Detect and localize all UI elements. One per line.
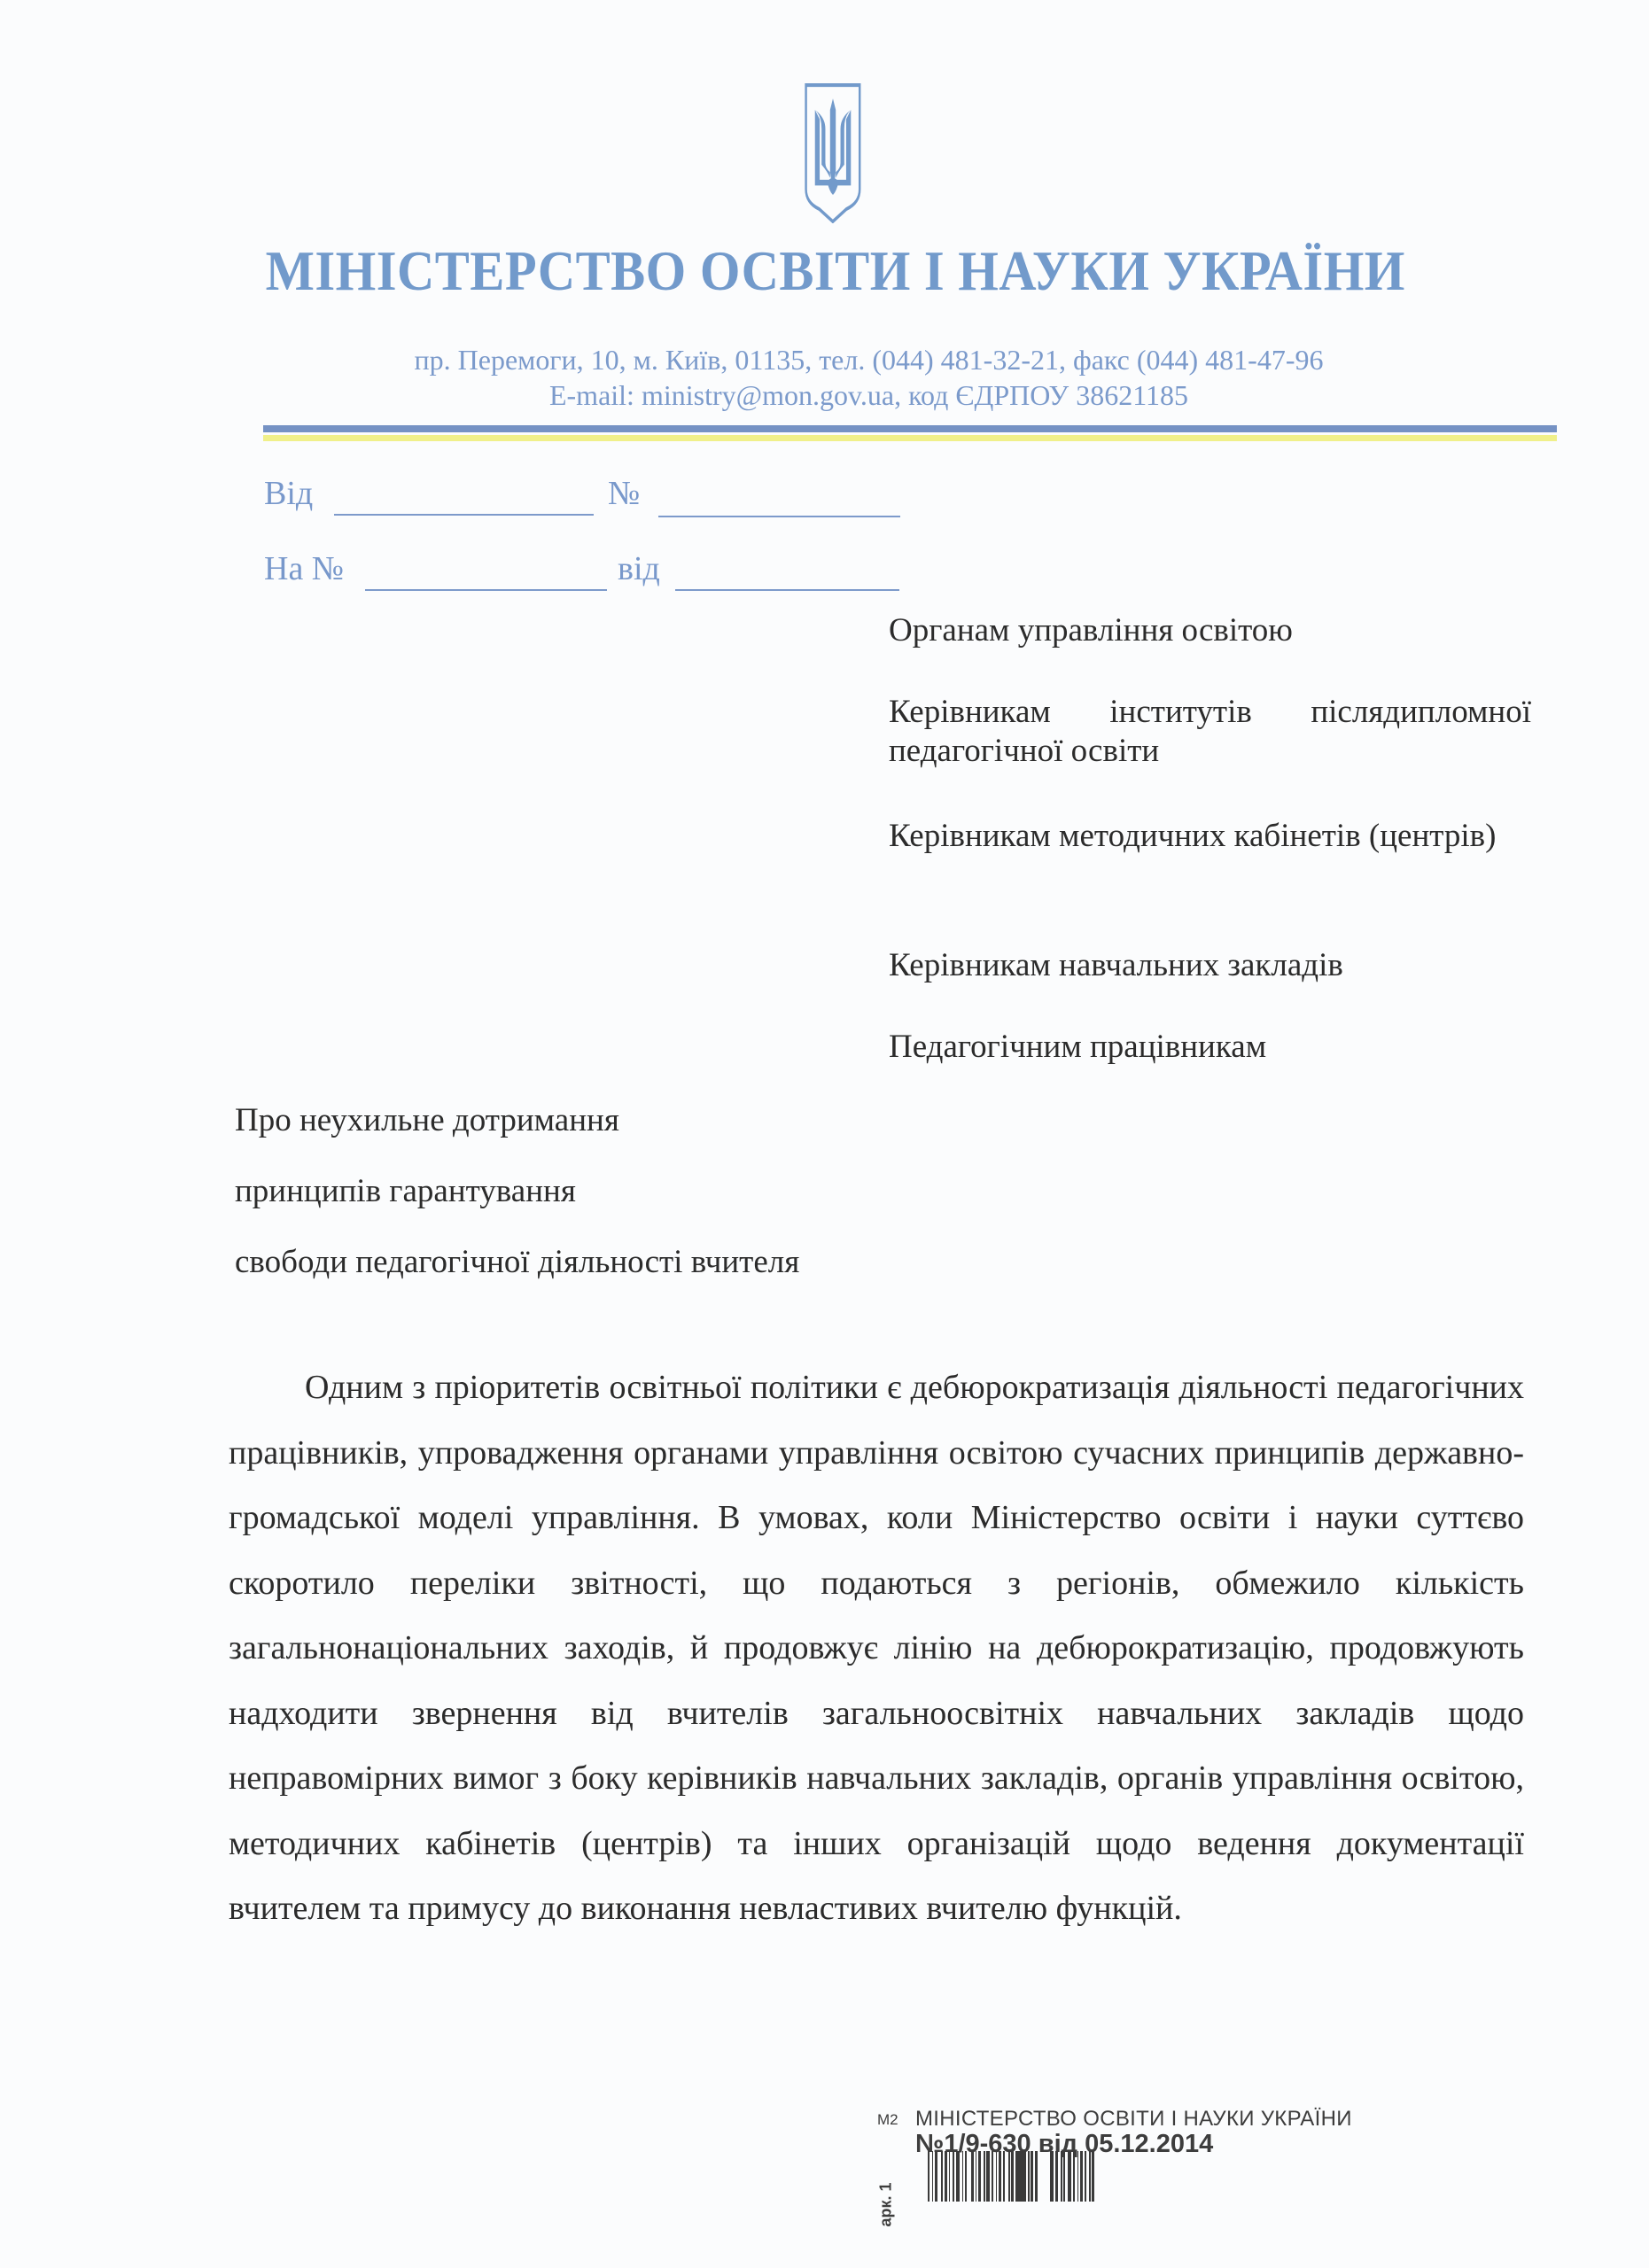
recipient-item: Керівникам навчальних закладів: [889, 946, 1531, 985]
from-label: Від: [264, 474, 313, 513]
recipient-item: Керівникам методичних кабінетів (центрів…: [889, 817, 1531, 856]
barcode-icon: [928, 2151, 1251, 2202]
subject-line: Про неухильне дотримання: [235, 1099, 799, 1169]
coat-of-arms-icon: [784, 82, 882, 223]
subject-line: принципів гарантування: [235, 1169, 799, 1240]
recipient-item: Керівникам інститутів післядипломної пед…: [889, 693, 1531, 771]
body-paragraph: Одним з пріоритетів освітньої політики є…: [229, 1355, 1524, 1942]
stamp-org: МІНІСТЕРСТВО ОСВІТИ І НАУКИ УКРАЇНИ: [915, 2107, 1352, 2132]
letterhead-stripe-yellow: [263, 435, 1557, 441]
reply-number-label: На №: [264, 549, 344, 588]
address-line: пр. Перемоги, 10, м. Київ, 01135, тел. (…: [44, 344, 1649, 377]
letterhead-stripe-blue: [263, 425, 1557, 432]
registration-stamp: М2 МІНІСТЕРСТВО ОСВІТИ І НАУКИ УКРАЇНИ №…: [873, 2107, 1369, 2249]
contact-line: E-mail: ministry@mon.gov.ua, код ЄДРПОУ …: [44, 379, 1649, 412]
from-date-field[interactable]: [334, 514, 594, 516]
number-field[interactable]: [658, 516, 900, 517]
stamp-sheet: арк. 1: [877, 2182, 896, 2226]
subject-block: Про неухильне дотримання принципів гаран…: [235, 1099, 799, 1311]
reply-date-label: від: [618, 549, 660, 588]
recipient-item: Педагогічним працівникам: [889, 1028, 1531, 1067]
recipient-item: Органам управління освітою: [889, 611, 1531, 650]
ministry-title: МІНІСТЕРСТВО ОСВІТИ І НАУКИ УКРАЇНИ: [68, 239, 1602, 304]
subject-line: свободи педагогічної діяльності вчителя: [235, 1240, 799, 1311]
reply-date-field[interactable]: [675, 589, 899, 591]
stamp-code: М2: [877, 2111, 898, 2129]
number-label: №: [608, 474, 640, 513]
reply-number-field[interactable]: [365, 589, 607, 591]
